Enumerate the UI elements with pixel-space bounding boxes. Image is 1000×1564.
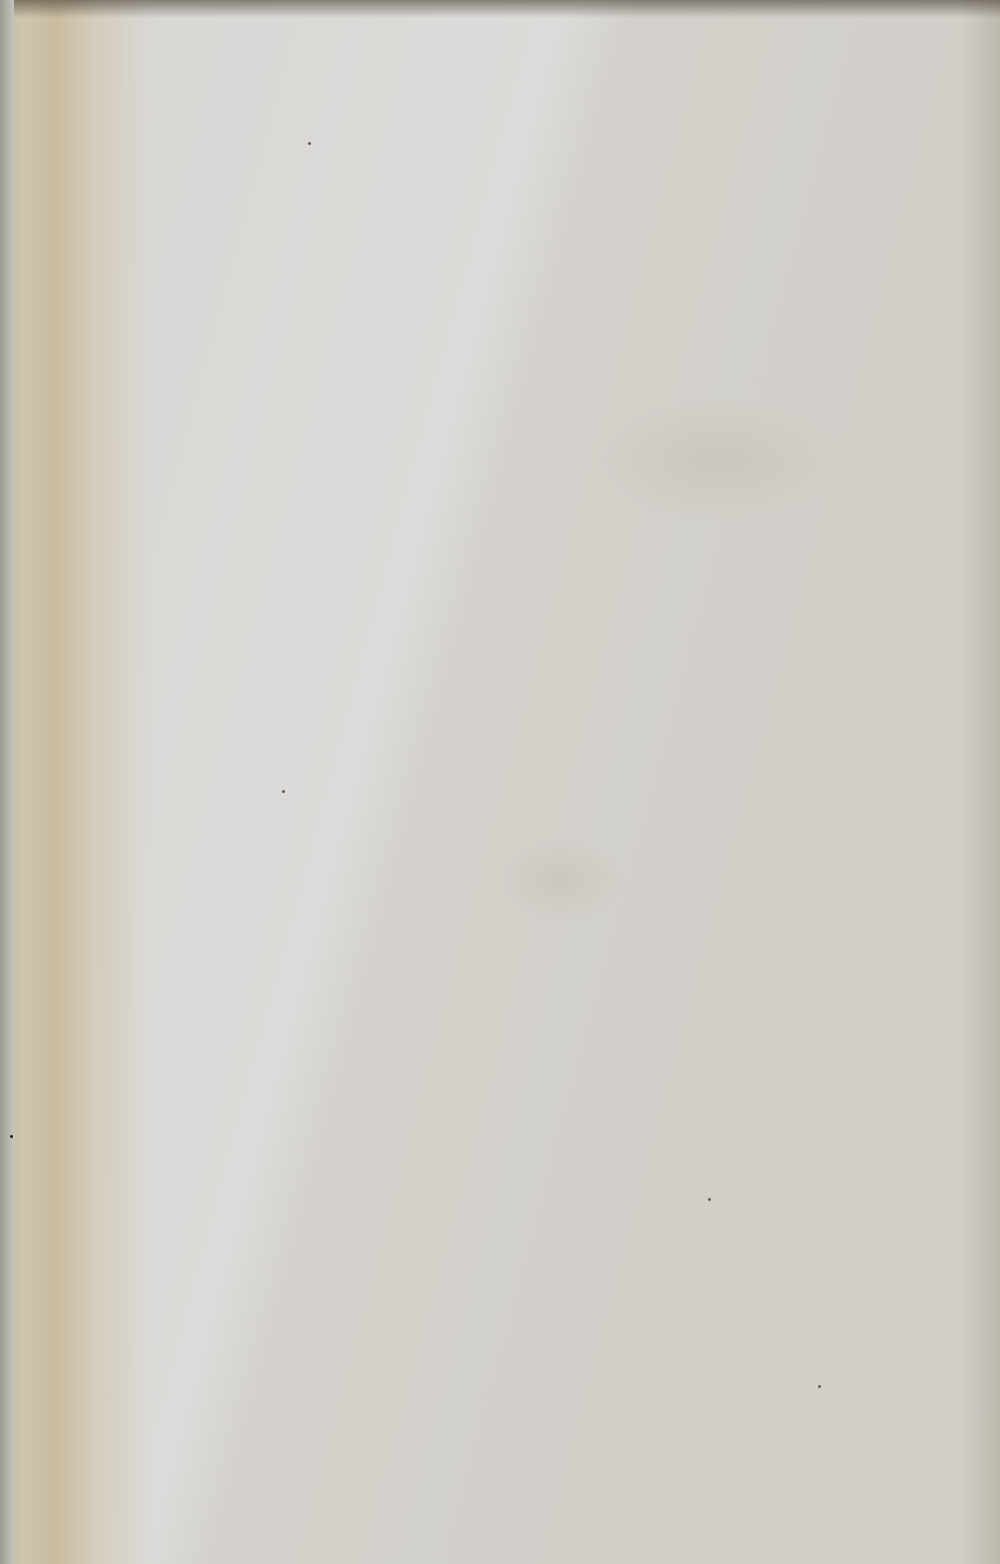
- blank-book-page: [0, 0, 1000, 1564]
- paper-speck: [708, 1198, 711, 1201]
- paper-speck: [10, 1135, 13, 1138]
- paper-speck: [818, 1385, 821, 1388]
- paper-speck: [308, 142, 311, 145]
- page-left-edge: [0, 0, 14, 1564]
- paper-speck: [282, 790, 285, 793]
